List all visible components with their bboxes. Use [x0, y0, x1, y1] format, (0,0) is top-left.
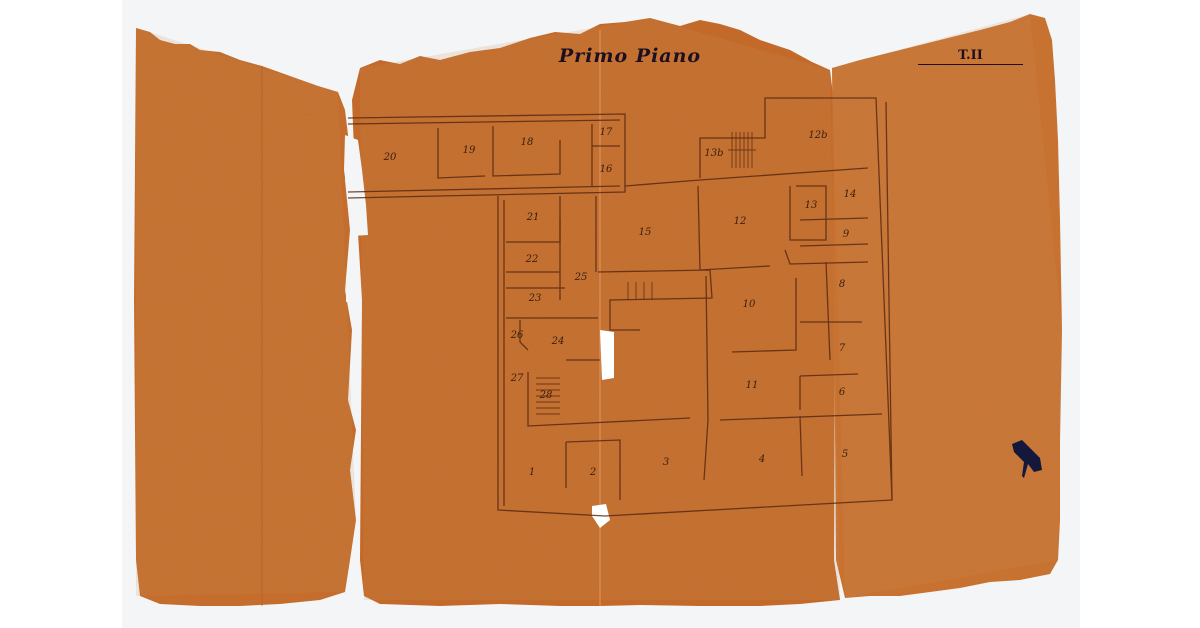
room-label: 24: [552, 337, 565, 347]
floor-plan-sheet: [0, 0, 1200, 628]
room-label: 22: [526, 255, 539, 265]
room-label: 15: [639, 228, 652, 238]
room-label: 10: [743, 300, 756, 310]
room-label: 2: [590, 468, 596, 478]
room-label: 20: [384, 153, 397, 163]
room-label: 11: [746, 381, 759, 391]
room-label: 19: [463, 146, 476, 156]
room-label: 9: [843, 230, 849, 240]
room-label: 4: [759, 455, 765, 465]
room-label: 25: [575, 273, 588, 283]
room-label: 5: [842, 450, 848, 460]
room-label: 21: [527, 213, 540, 223]
room-label: 13b: [704, 149, 723, 159]
room-label: 13: [805, 201, 818, 211]
room-label: 6: [839, 388, 845, 398]
room-label: 12: [734, 217, 747, 227]
room-label: 8: [839, 280, 845, 290]
document-title: Primo Piano: [559, 45, 701, 67]
room-label: 16: [600, 165, 613, 175]
room-label: 7: [839, 344, 845, 354]
room-label: 12b: [808, 131, 827, 141]
room-label: 17: [600, 128, 613, 138]
room-label: 23: [529, 294, 542, 304]
paper-hole: [600, 330, 614, 380]
room-label: 26: [511, 331, 524, 341]
room-label: 28: [540, 391, 553, 401]
room-label: 1: [529, 468, 535, 478]
plate-number: T.II: [918, 48, 1023, 65]
room-label: 27: [511, 374, 524, 384]
room-label: 3: [663, 458, 669, 468]
room-label: 14: [844, 190, 857, 200]
room-label: 18: [521, 138, 534, 148]
